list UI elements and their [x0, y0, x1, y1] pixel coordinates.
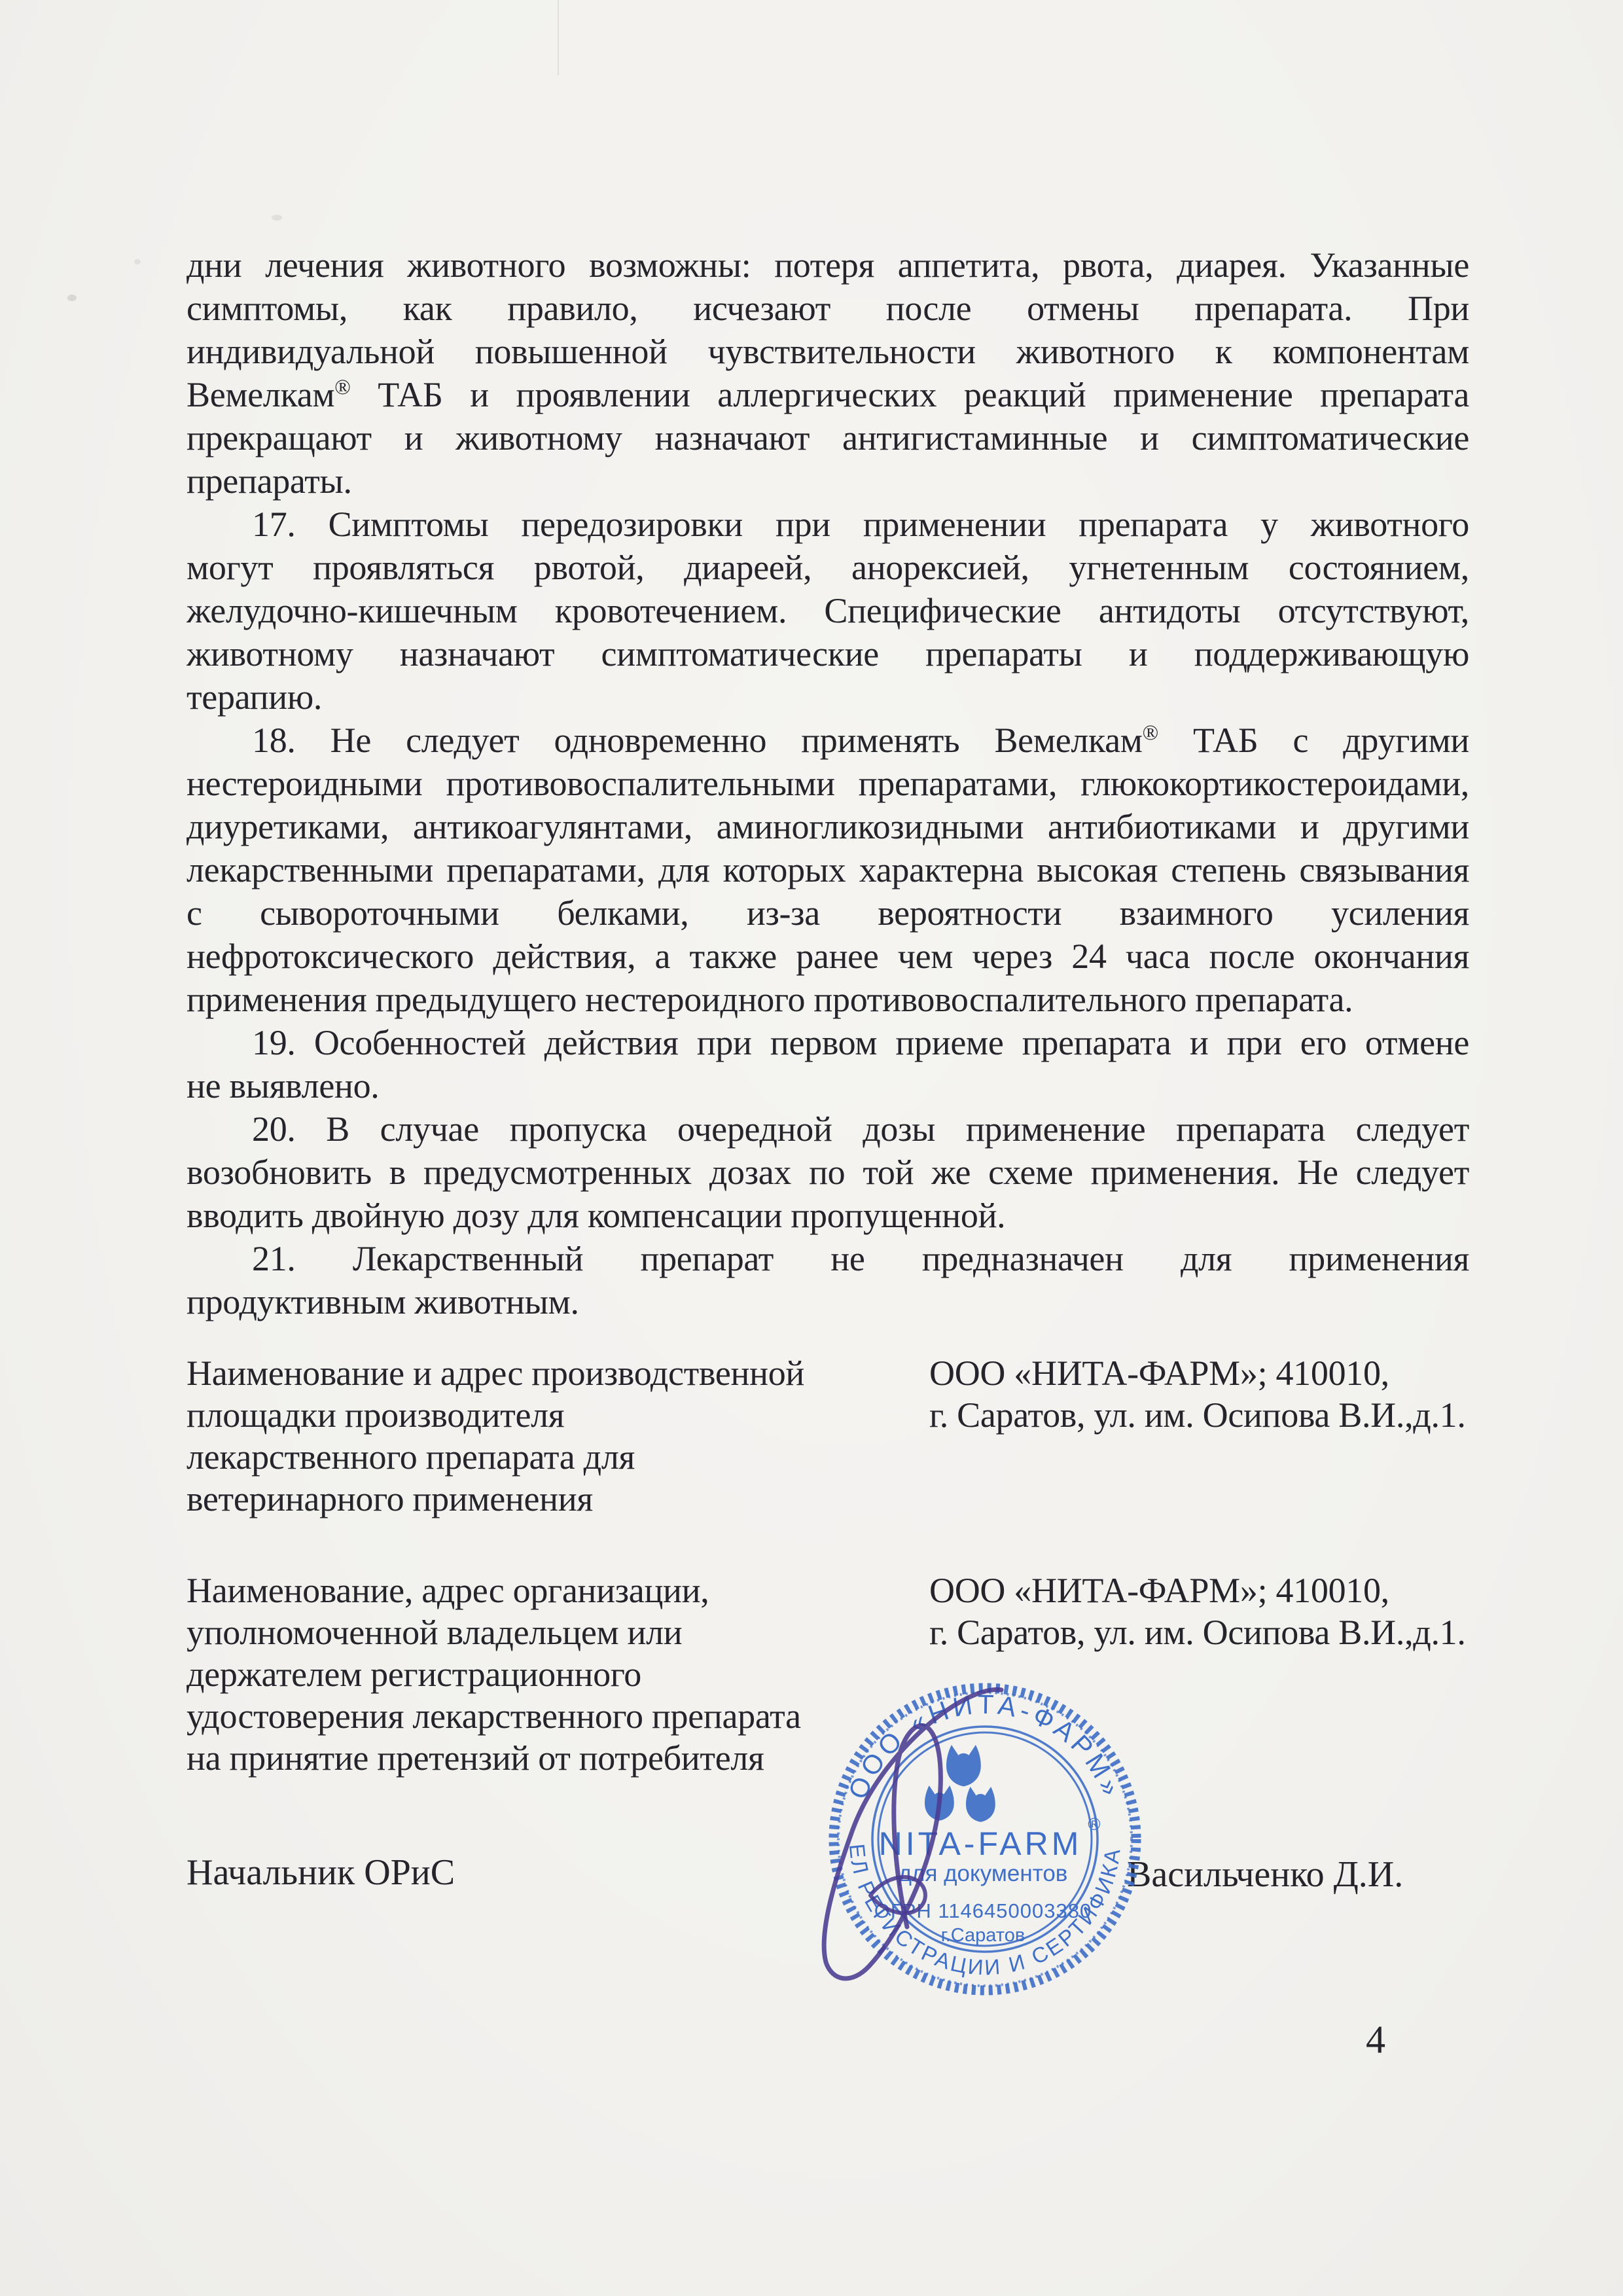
stamp-city-text: г.Саратов	[941, 1925, 1026, 1946]
registered-trademark-icon: ®	[1088, 1814, 1100, 1834]
page-number: 4	[1343, 2017, 1408, 2062]
text-line: прекращают и животному назначают антигис…	[187, 416, 1469, 459]
text-line: Наименование и адрес производственной	[187, 1352, 929, 1394]
position-title: Начальник ОРиС	[187, 1851, 455, 1894]
text-line: 17. Симптомы передозировки при применени…	[187, 503, 1469, 546]
text-line: г. Саратов, ул. им. Осипова В.И.,д.1.	[929, 1394, 1479, 1436]
text-line: животному назначают симптоматические пре…	[187, 632, 1469, 675]
text-line: Вемелкам® ТАБ и проявлении аллергических…	[187, 373, 1469, 416]
info-value: ООО «НИТА-ФАРМ»; 410010,г. Саратов, ул. …	[929, 1352, 1479, 1520]
text-line: Наименование, адрес организации,	[187, 1570, 929, 1611]
scan-speck	[67, 295, 77, 301]
body-text: дни лечения животного возможны: потеря а…	[187, 243, 1469, 1323]
cat-logo-icon	[925, 1745, 995, 1822]
scan-crease	[558, 0, 559, 75]
registered-trademark-icon: ®	[334, 376, 350, 399]
text-line: дни лечения животного возможны: потеря а…	[187, 243, 1469, 287]
text-line: г. Саратов, ул. им. Осипова В.И.,д.1.	[929, 1611, 1479, 1653]
text-line: 19. Особенностей действия при первом при…	[187, 1021, 1469, 1064]
text-line: 20. В случае пропуска очередной дозы при…	[187, 1107, 1469, 1151]
text-line: диуретиками, антикоагулянтами, аминоглик…	[187, 805, 1469, 848]
text-line: 21. Лекарственный препарат не предназнач…	[187, 1237, 1469, 1280]
text-line: продуктивным животным.	[187, 1280, 1469, 1323]
text-line: могут проявляться рвотой, диареей, аноре…	[187, 546, 1469, 589]
company-stamp: ООО «НИТА-ФАРМ» ОТДЕЛ РЕГИСТРАЦИИ И СЕРТ…	[772, 1649, 1191, 2016]
text-line: ветеринарного применения	[187, 1478, 929, 1520]
text-line: 18. Не следует одновременно применять Ве…	[187, 719, 1469, 762]
text-line: желудочно-кишечным кровотечением. Специф…	[187, 589, 1469, 632]
text-line: индивидуальной повышенной чувствительнос…	[187, 330, 1469, 373]
stamp-brand-text: NITA-FARM	[879, 1825, 1082, 1862]
document-page: дни лечения животного возможны: потеря а…	[0, 0, 1623, 2296]
text-line: нестероидными противовоспалительными пре…	[187, 762, 1469, 805]
info-label: Наименование и адрес производственнойпло…	[187, 1352, 929, 1520]
manufacturer-info-row: Наименование и адрес производственнойпло…	[187, 1352, 1479, 1520]
text-line: применения предыдущего нестероидного про…	[187, 978, 1469, 1021]
text-line: препараты.	[187, 459, 1469, 503]
text-line: вводить двойную дозу для компенсации про…	[187, 1194, 1469, 1237]
text-line: возобновить в предусмотренных дозах по т…	[187, 1151, 1469, 1194]
text-line: лекарственного препарата для	[187, 1436, 929, 1478]
text-line: лекарственными препаратами, для которых …	[187, 848, 1469, 891]
text-line: не выявлено.	[187, 1064, 1469, 1107]
text-line: симптомы, как правило, исчезают после от…	[187, 287, 1469, 330]
text-line: ООО «НИТА-ФАРМ»; 410010,	[929, 1570, 1479, 1611]
scan-speck	[134, 259, 141, 264]
scan-speck	[272, 215, 282, 221]
text-line: уполномоченной владельцем или	[187, 1611, 929, 1653]
registered-trademark-icon: ®	[1143, 721, 1158, 745]
text-line: с сывороточными белками, из-за вероятнос…	[187, 891, 1469, 935]
text-line: ООО «НИТА-ФАРМ»; 410010,	[929, 1352, 1479, 1394]
text-line: площадки производителя	[187, 1394, 929, 1436]
text-line: терапию.	[187, 675, 1469, 719]
text-line: нефротоксического действия, а также ране…	[187, 935, 1469, 978]
stamp-svg: ООО «НИТА-ФАРМ» ОТДЕЛ РЕГИСТРАЦИИ И СЕРТ…	[772, 1649, 1191, 2016]
